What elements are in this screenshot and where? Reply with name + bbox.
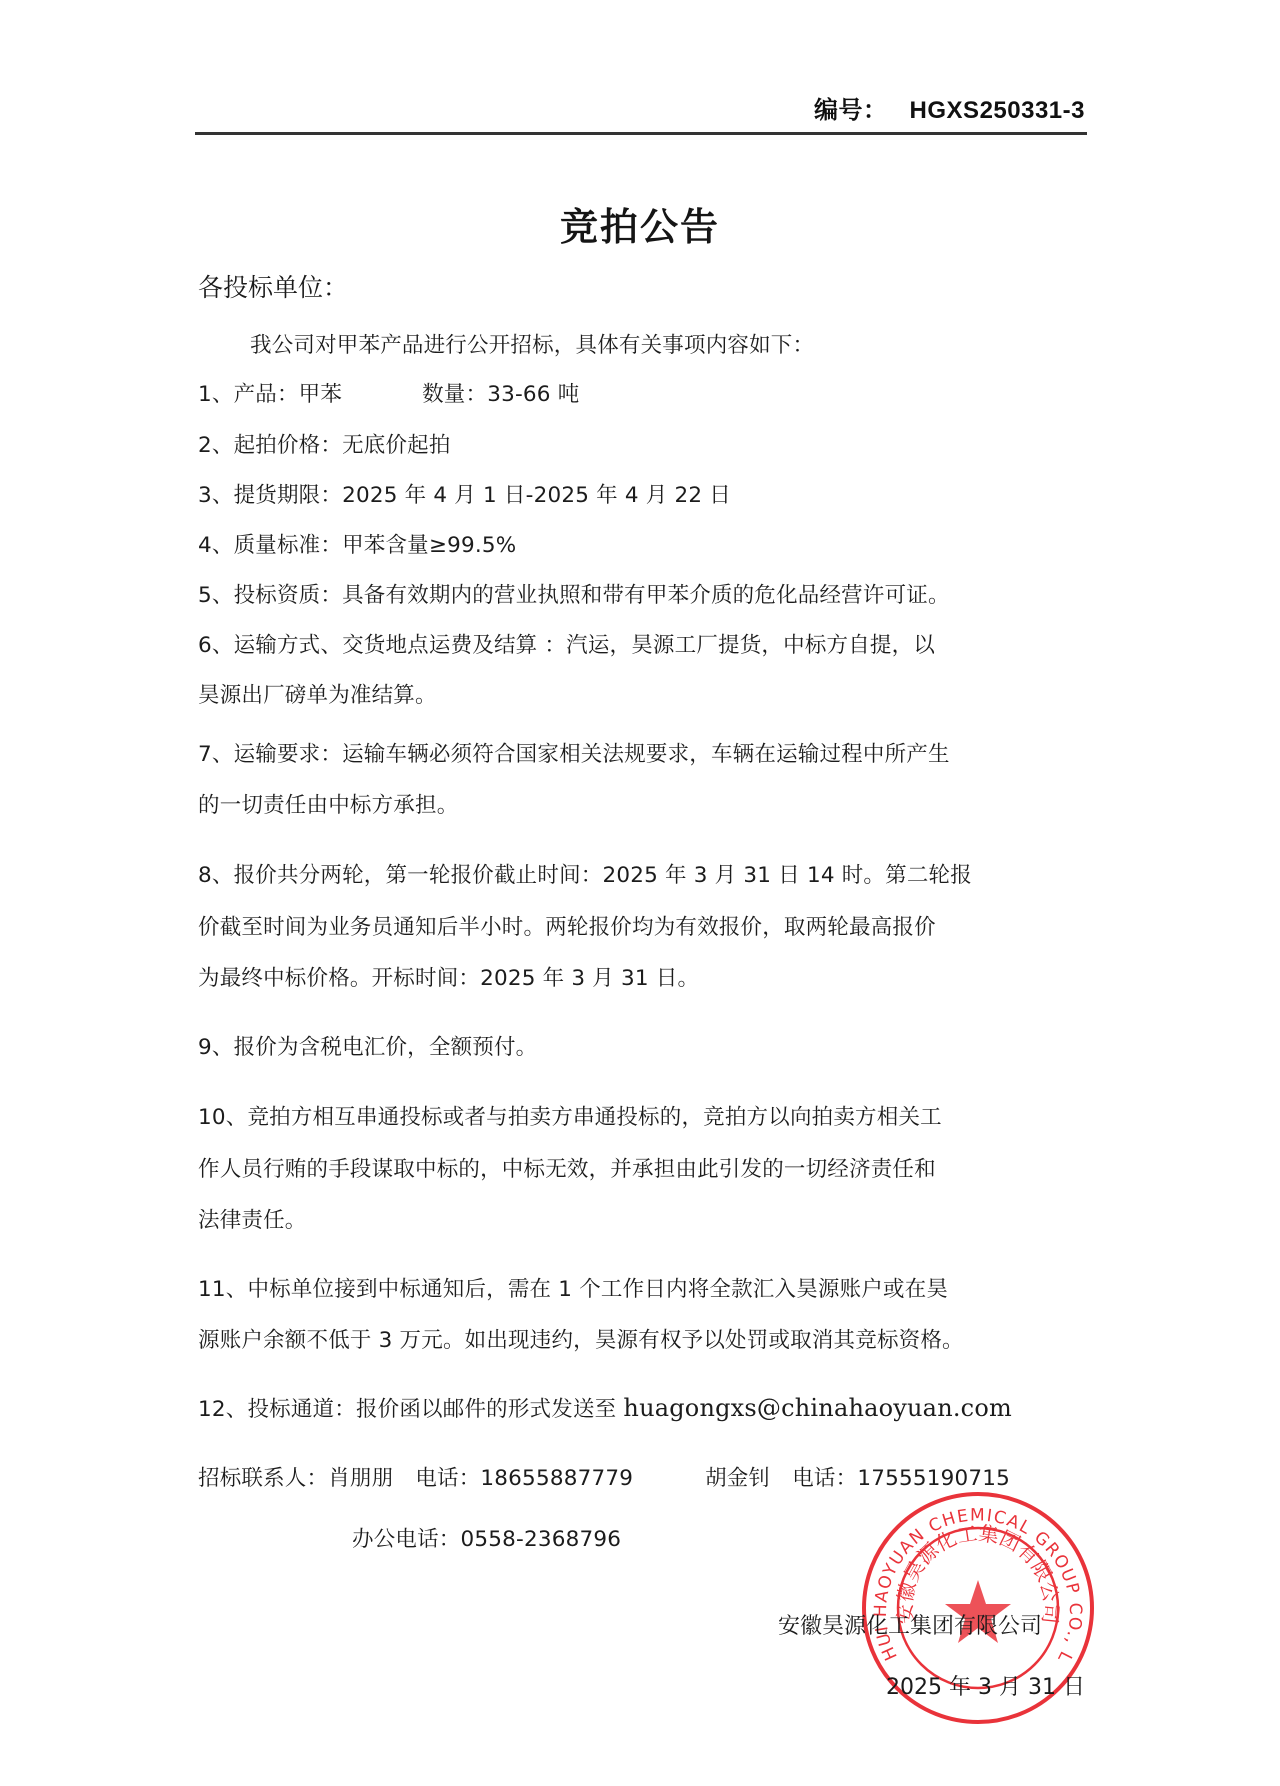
item-1-product: 1、产品：甲苯 [198,382,342,407]
item-11-line-1: 11、中标单位接到中标通知后，需在 1 个工作日内将全款汇入昊源账户或在昊 [198,1272,948,1303]
contact-1-phone-label: 电话： [415,1466,480,1491]
item-2: 2、起拍价格：无底价起拍 [198,428,451,459]
contact-2-name: 胡金钊 [705,1466,770,1491]
item-6-line-1: 6、运输方式、交货地点运费及结算 ：汽运，昊源工厂提货，中标方自提，以 [198,628,935,659]
office-phone: 0558-2368796 [461,1527,622,1552]
item-4: 4、质量标准：甲苯含量≥99.5% [198,528,516,559]
item-8-line-1: 8、报价共分两轮，第一轮报价截止时间：2025 年 3 月 31 日 14 时。… [198,858,972,889]
document-number: 编号：HGXS250331-3 [814,90,1085,125]
salutation: 各投标单位： [198,268,348,304]
item-7-line-1: 7、运输要求：运输车辆必须符合国家相关法规要求，车辆在运输过程中所产生 [198,737,950,768]
item-8-line-3: 为最终中标价格。开标时间：2025 年 3 月 31 日。 [198,961,699,992]
contact-1-name: 肖朋朋 [328,1466,393,1491]
contact-label: 招标联系人： [198,1466,328,1491]
item-12: 12、投标通道：报价函以邮件的形式发送至 huagongxs@chinahaoy… [198,1392,1012,1423]
item-5: 5、投标资质：具备有效期内的营业执照和带有甲苯介质的危化品经营许可证。 [198,578,950,609]
page-title: 竞拍公告 [0,196,1280,251]
contact-1-phone: 18655887779 [480,1466,633,1491]
signature-company: 安徽昊源化工集团有限公司 [778,1609,1042,1640]
document-number-value: HGXS250331-3 [910,97,1085,124]
office-phone-label: 办公电话： [352,1527,461,1552]
item-10-line-1: 10、竞拍方相互串通投标或者与拍卖方串通投标的，竞拍方以向拍卖方相关工 [198,1100,942,1131]
item-3: 3、提货期限：2025 年 4 月 1 日-2025 年 4 月 22 日 [198,478,731,509]
document-number-label: 编号： [814,97,888,124]
item-1: 1、产品：甲苯数量：33-66 吨 [198,377,579,408]
item-11-line-2: 源账户余额不低于 3 万元。如出现违约，昊源有权予以处罚或取消其竞标资格。 [198,1323,964,1354]
signature-date: 2025 年 3 月 31 日 [886,1670,1085,1701]
contact-line: 招标联系人：肖朋朋电话：18655887779胡金钊电话：17555190715 [198,1461,1010,1492]
submission-email-link[interactable]: huagongxs@chinahaoyuan.com [623,1394,1012,1422]
intro-paragraph: 我公司对甲苯产品进行公开招标，具体有关事项内容如下： [250,328,814,359]
contact-2-phone: 17555190715 [857,1466,1010,1491]
item-10-line-3: 法律责任。 [198,1203,307,1234]
item-9: 9、报价为含税电汇价，全额预付。 [198,1030,537,1061]
item-1-quantity: 数量：33-66 吨 [422,382,579,407]
item-12-text: 12、投标通道：报价函以邮件的形式发送至 [198,1397,623,1422]
header-divider [195,132,1087,135]
item-10-line-2: 作人员行贿的手段谋取中标的，中标无效，并承担由此引发的一切经济责任和 [198,1152,936,1183]
contact-2-phone-label: 电话： [792,1466,857,1491]
office-phone-line: 办公电话：0558-2368796 [352,1522,621,1553]
item-6-line-2: 昊源出厂磅单为准结算。 [198,678,437,709]
item-8-line-2: 价截至时间为业务员通知后半小时。两轮报价均为有效报价，取两轮最高报价 [198,910,936,941]
item-7-line-2: 的一切责任由中标方承担。 [198,788,458,819]
